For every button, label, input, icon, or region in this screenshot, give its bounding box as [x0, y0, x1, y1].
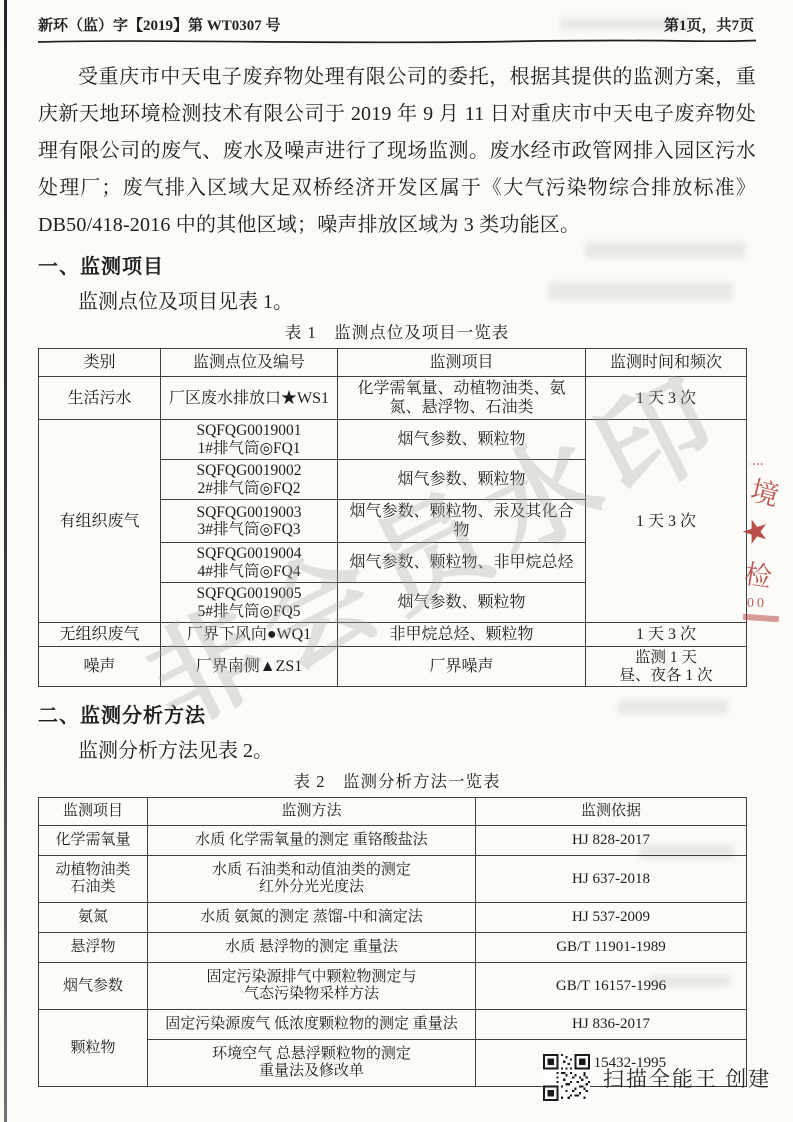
cell-items: 烟气参数、颗粒物、汞及其化合物: [338, 500, 586, 543]
item-line: 石油类: [43, 879, 143, 896]
cell-basis: GB/T 11901-1989: [476, 933, 747, 963]
cell-category: 噪声: [39, 647, 161, 687]
col-header-point: 监测点位及编号: [161, 349, 338, 377]
table-row: 无组织废气 厂界下风向●WQ1 非甲烷总烃、颗粒物 1 天 3 次: [39, 623, 747, 647]
table-header-row: 监测项目 监测方法 监测依据: [39, 798, 747, 826]
cell-category: 有组织废气: [39, 420, 161, 623]
section2-note: 监测分析方法见表 2。: [38, 738, 756, 764]
cell-items: 非甲烷总烃、颗粒物: [338, 623, 586, 647]
cell-items: 厂界噪声: [338, 647, 586, 687]
scanner-credit-text: 扫描全能王 创建: [603, 1063, 771, 1093]
cell-category: 无组织废气: [39, 623, 161, 647]
cell-point: SQFQG0019004 4#排气筒◎FQ4: [161, 543, 338, 583]
intro-paragraph: 受重庆市中天电子废弃物处理有限公司的委托，根据其提供的监测方案，重庆新天地环境检…: [38, 59, 756, 244]
cell-items: 烟气参数、颗粒物: [338, 460, 586, 500]
table-header-row: 类别 监测点位及编号 监测项目 监测时间和频次: [39, 349, 747, 377]
section2-heading: 二、监测分析方法: [38, 703, 756, 729]
cell-point: SQFQG0019001 1#排气筒◎FQ1: [161, 420, 338, 460]
item-line: 动植物油类: [43, 862, 143, 879]
table-row: 颗粒物 固定污染源废气 低浓度颗粒物的测定 重量法 HJ 836-2017: [39, 1010, 747, 1040]
cell-basis: HJ 537-2009: [476, 903, 747, 933]
col-header-category: 类别: [39, 349, 161, 377]
cell-frequency: 1 天 3 次: [586, 377, 747, 420]
cell-item: 氨氮: [39, 903, 148, 933]
table-row: 生活污水 厂区废水排放口★WS1 化学需氧量、动植物油类、氨氮、悬浮物、石油类 …: [39, 377, 747, 420]
method-line: 气态污染物采样方法: [152, 986, 471, 1003]
cell-items: 化学需氧量、动植物油类、氨氮、悬浮物、石油类: [338, 377, 586, 420]
point-code: SQFQG0019001: [165, 422, 333, 440]
method-line: 固定污染源排气中颗粒物测定与: [152, 969, 471, 986]
frequency-line: 昼、夜各 1 次: [590, 667, 742, 685]
cell-basis: HJ 836-2017: [476, 1010, 747, 1040]
table-row: 化学需氧量 水质 化学需氧量的测定 重铬酸盐法 HJ 828-2017: [39, 826, 747, 856]
col-header-frequency: 监测时间和频次: [586, 349, 747, 377]
section1-note: 监测点位及项目见表 1。: [38, 289, 756, 315]
cell-point: SQFQG0019002 2#排气筒◎FQ2: [161, 460, 338, 500]
cell-items: 烟气参数、颗粒物: [338, 420, 586, 460]
col-header-basis: 监测依据: [476, 798, 747, 826]
point-code: SQFQG0019003: [165, 504, 333, 522]
cell-method: 水质 化学需氧量的测定 重铬酸盐法: [148, 826, 476, 856]
cell-basis: HJ 828-2017: [476, 826, 747, 856]
cell-frequency: 1 天 3 次: [586, 623, 747, 647]
document-header: 新环（监）字【2019】第 WT0307 号 第1页，共7页: [38, 12, 756, 38]
cell-item: 颗粒物: [39, 1010, 148, 1087]
cell-method: 水质 石油类和动值油类的测定 红外分光光度法: [148, 856, 476, 903]
cell-method: 固定污染源排气中颗粒物测定与 气态污染物采样方法: [148, 963, 476, 1010]
page-number-indicator: 第1页，共7页: [664, 14, 754, 35]
page-content: 新环（监）字【2019】第 WT0307 号 第1页，共7页 受重庆市中天电子废…: [38, 12, 756, 1087]
point-name: 4#排气筒◎FQ4: [165, 563, 333, 581]
document-number: 新环（监）字【2019】第 WT0307 号: [38, 14, 281, 35]
cell-point: 厂界下风向●WQ1: [161, 623, 338, 647]
col-header-items: 监测项目: [338, 349, 586, 377]
table-row: 悬浮物 水质 悬浮物的测定 重量法 GB/T 11901-1989: [39, 933, 747, 963]
qr-code: [543, 1054, 590, 1101]
point-name: 3#排气筒◎FQ3: [165, 521, 333, 539]
page-spine-shadow: [4, 0, 7, 1122]
table-row: 氨氮 水质 氨氮的测定 蒸馏-中和滴定法 HJ 537-2009: [39, 903, 747, 933]
table2-title: 表 2 监测分析方法一览表: [38, 772, 756, 792]
cell-frequency: 1 天 3 次: [586, 420, 747, 623]
frequency-line: 监测 1 天: [590, 649, 742, 667]
point-code: SQFQG0019005: [165, 585, 333, 603]
cell-point: SQFQG0019003 3#排气筒◎FQ3: [161, 500, 338, 543]
col-header-item: 监测项目: [39, 798, 148, 826]
cell-method: 固定污染源废气 低浓度颗粒物的测定 重量法: [148, 1010, 476, 1040]
analysis-methods-table: 监测项目 监测方法 监测依据 化学需氧量 水质 化学需氧量的测定 重铬酸盐法 H…: [38, 797, 747, 1087]
table-row: 有组织废气 SQFQG0019001 1#排气筒◎FQ1 烟气参数、颗粒物 1 …: [39, 420, 747, 460]
col-header-method: 监测方法: [148, 798, 476, 826]
monitoring-points-table: 类别 监测点位及编号 监测项目 监测时间和频次 生活污水 厂区废水排放口★WS1…: [38, 348, 747, 687]
point-code: SQFQG0019004: [165, 545, 333, 563]
method-line: 重量法及修改单: [152, 1063, 471, 1080]
cell-category: 生活污水: [39, 377, 161, 420]
cell-point: 厂区废水排放口★WS1: [161, 377, 338, 420]
point-name: 2#排气筒◎FQ2: [165, 480, 333, 498]
cell-method: 水质 氨氮的测定 蒸馏-中和滴定法: [148, 903, 476, 933]
scanned-document-page: 新环（监）字【2019】第 WT0307 号 第1页，共7页 受重庆市中天电子废…: [0, 0, 793, 1122]
table-row: 动植物油类 石油类 水质 石油类和动值油类的测定 红外分光光度法 HJ 637-…: [39, 856, 747, 903]
table-row: 烟气参数 固定污染源排气中颗粒物测定与 气态污染物采样方法 GB/T 16157…: [39, 963, 747, 1010]
point-name: 1#排气筒◎FQ1: [165, 440, 333, 458]
method-line: 红外分光光度法: [152, 879, 471, 896]
scanner-footer: 扫描全能王 创建: [543, 1054, 771, 1101]
cell-items: 烟气参数、颗粒物、非甲烷总烃: [338, 543, 586, 583]
cell-item: 烟气参数: [39, 963, 148, 1010]
cell-method: 水质 悬浮物的测定 重量法: [148, 933, 476, 963]
cell-point: SQFQG0019005 5#排气筒◎FQ5: [161, 583, 338, 623]
cell-item: 悬浮物: [39, 933, 148, 963]
point-name: 5#排气筒◎FQ5: [165, 603, 333, 621]
method-line: 环境空气 总悬浮颗粒物的测定: [152, 1046, 471, 1063]
cell-basis: GB/T 16157-1996: [476, 963, 747, 1010]
cell-basis: HJ 637-2018: [476, 856, 747, 903]
header-rule: [38, 38, 756, 45]
cell-frequency: 监测 1 天 昼、夜各 1 次: [586, 647, 747, 687]
cell-item: 动植物油类 石油类: [39, 856, 148, 903]
cell-items: 烟气参数、颗粒物: [338, 583, 586, 623]
table1-title: 表 1 监测点位及项目一览表: [38, 323, 756, 343]
cell-point: 厂界南侧▲ZS1: [161, 647, 338, 687]
table-row: 噪声 厂界南侧▲ZS1 厂界噪声 监测 1 天 昼、夜各 1 次: [39, 647, 747, 687]
cell-method: 环境空气 总悬浮颗粒物的测定 重量法及修改单: [148, 1040, 476, 1087]
point-code: SQFQG0019002: [165, 462, 333, 480]
section1-heading: 一、监测项目: [38, 254, 756, 280]
cell-item: 化学需氧量: [39, 826, 148, 856]
method-line: 水质 石油类和动值油类的测定: [152, 862, 471, 879]
